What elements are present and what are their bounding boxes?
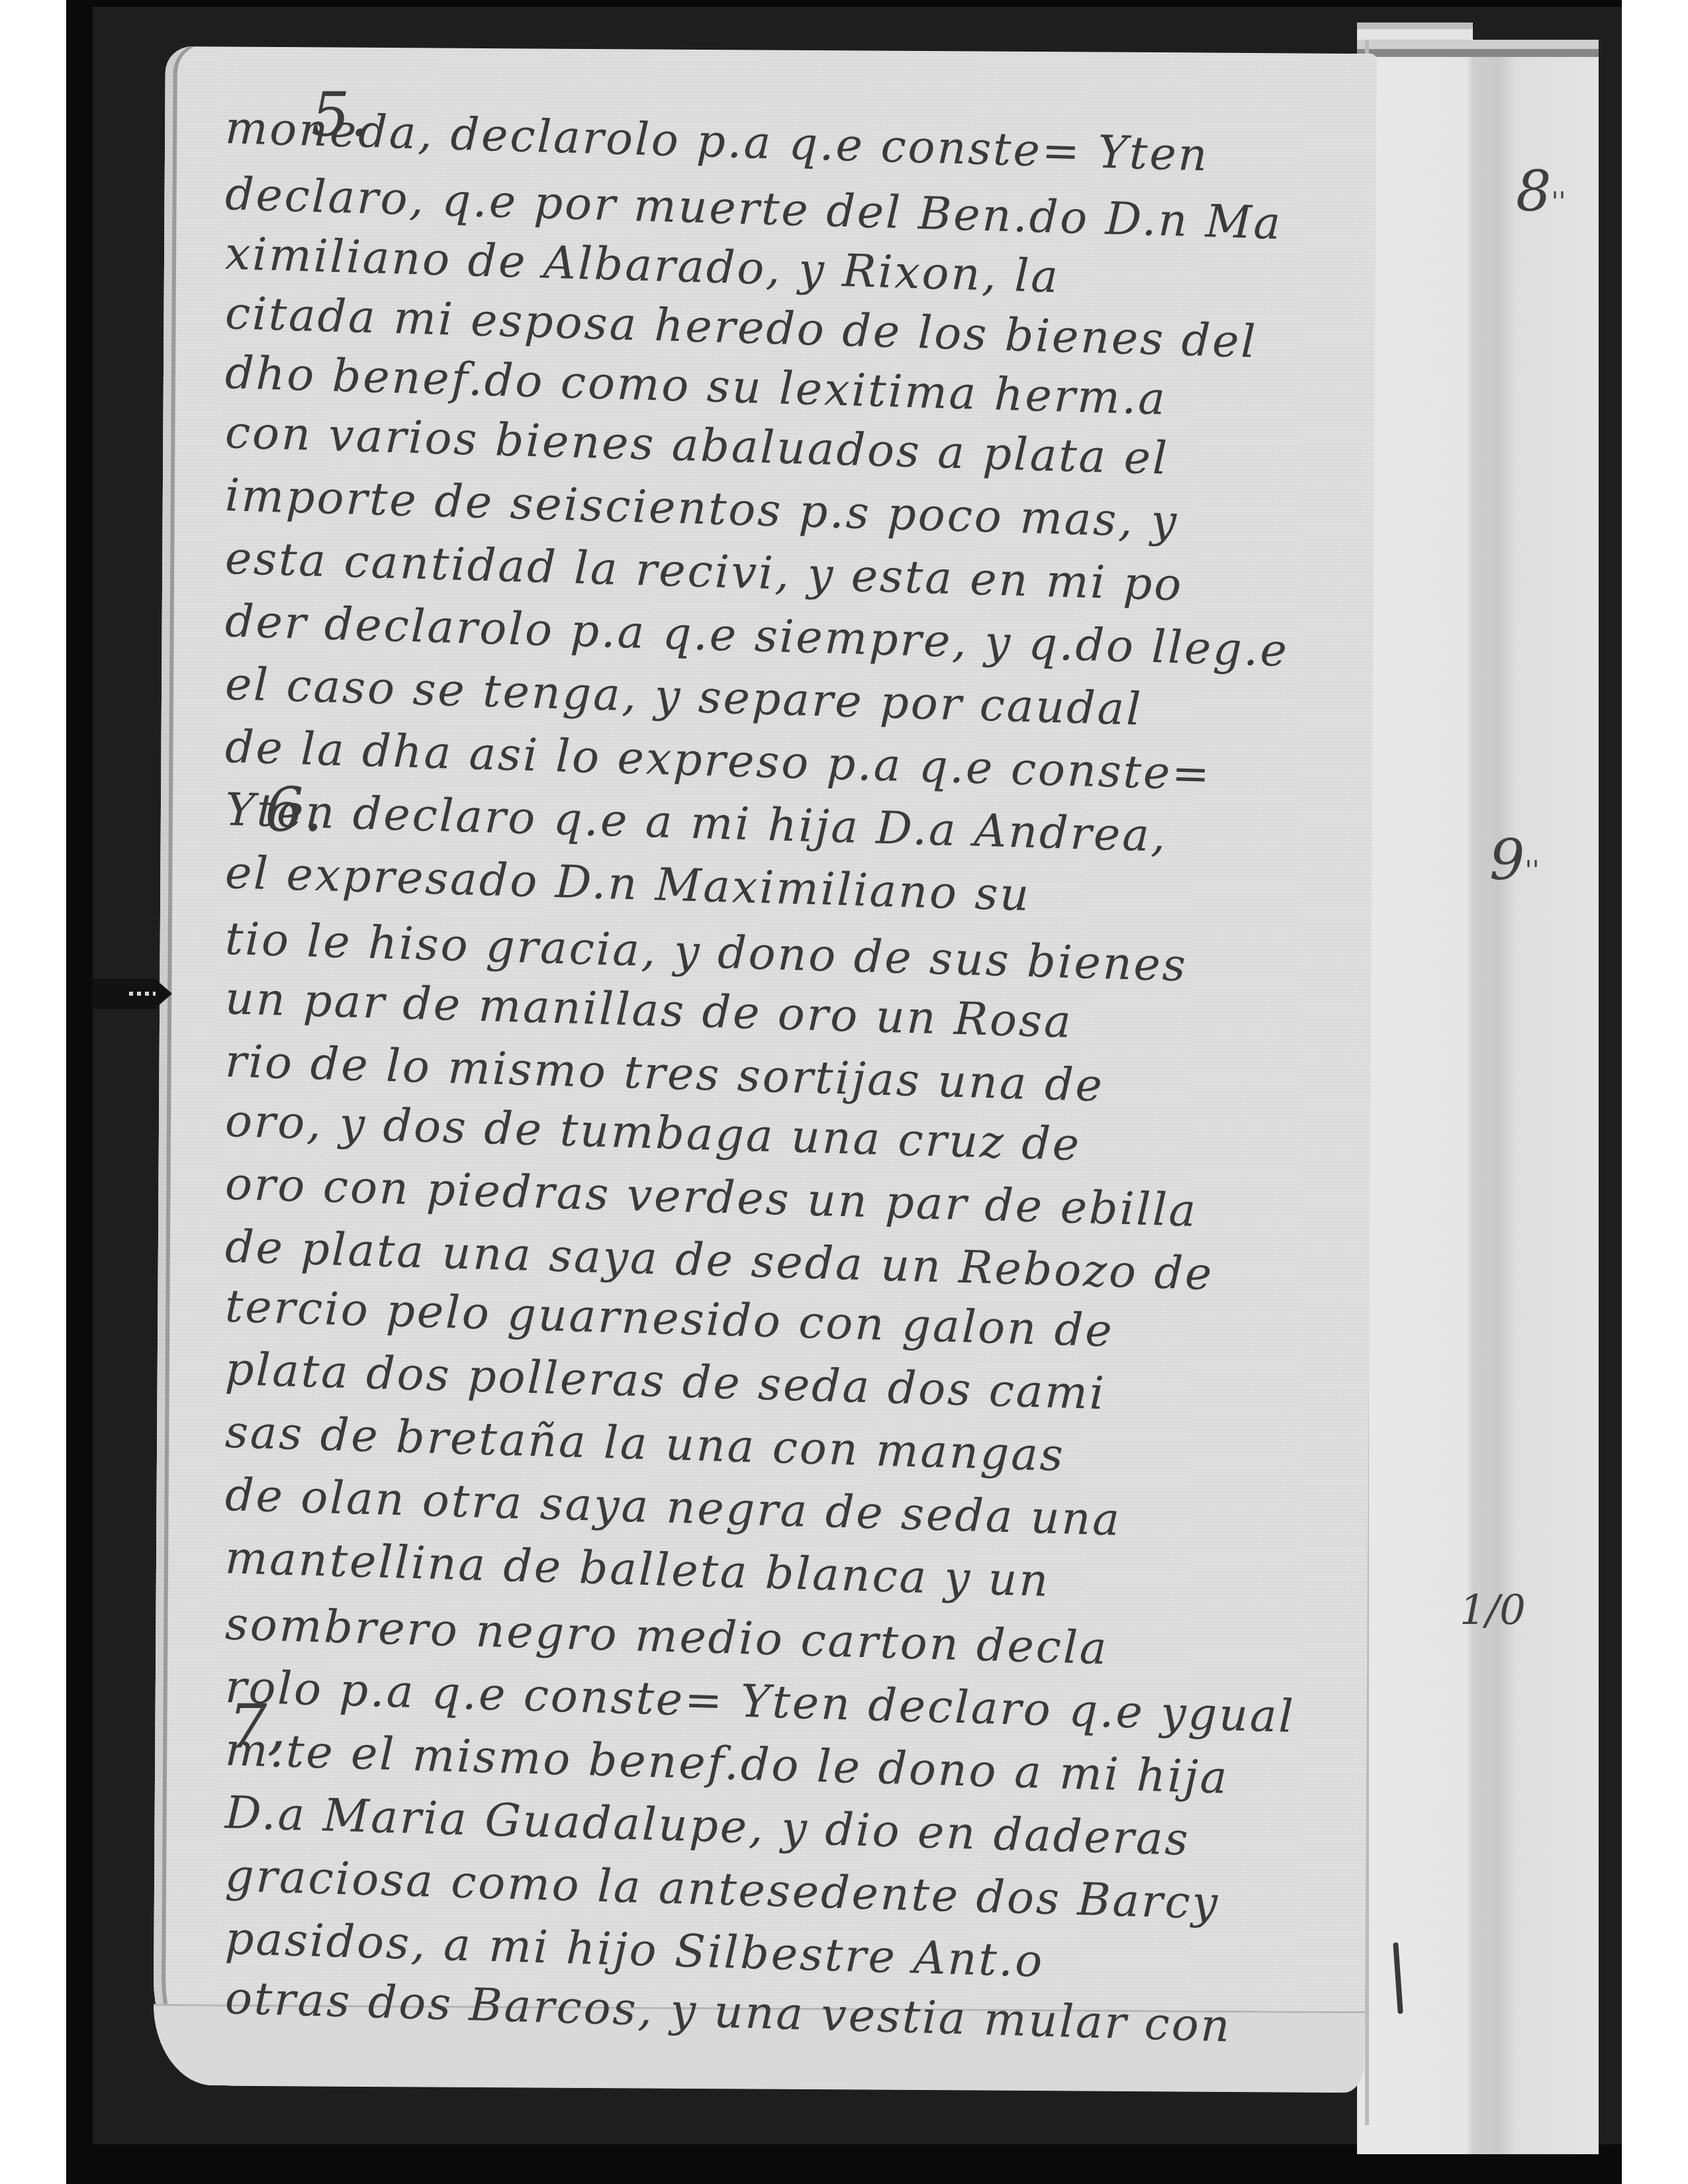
- right-margin-note-8: 8'': [1516, 159, 1566, 224]
- right-margin-note-10: 1/0: [1460, 1586, 1526, 1634]
- right-margin-note-9: 9'': [1489, 828, 1539, 892]
- underlying-page: [1357, 40, 1599, 2154]
